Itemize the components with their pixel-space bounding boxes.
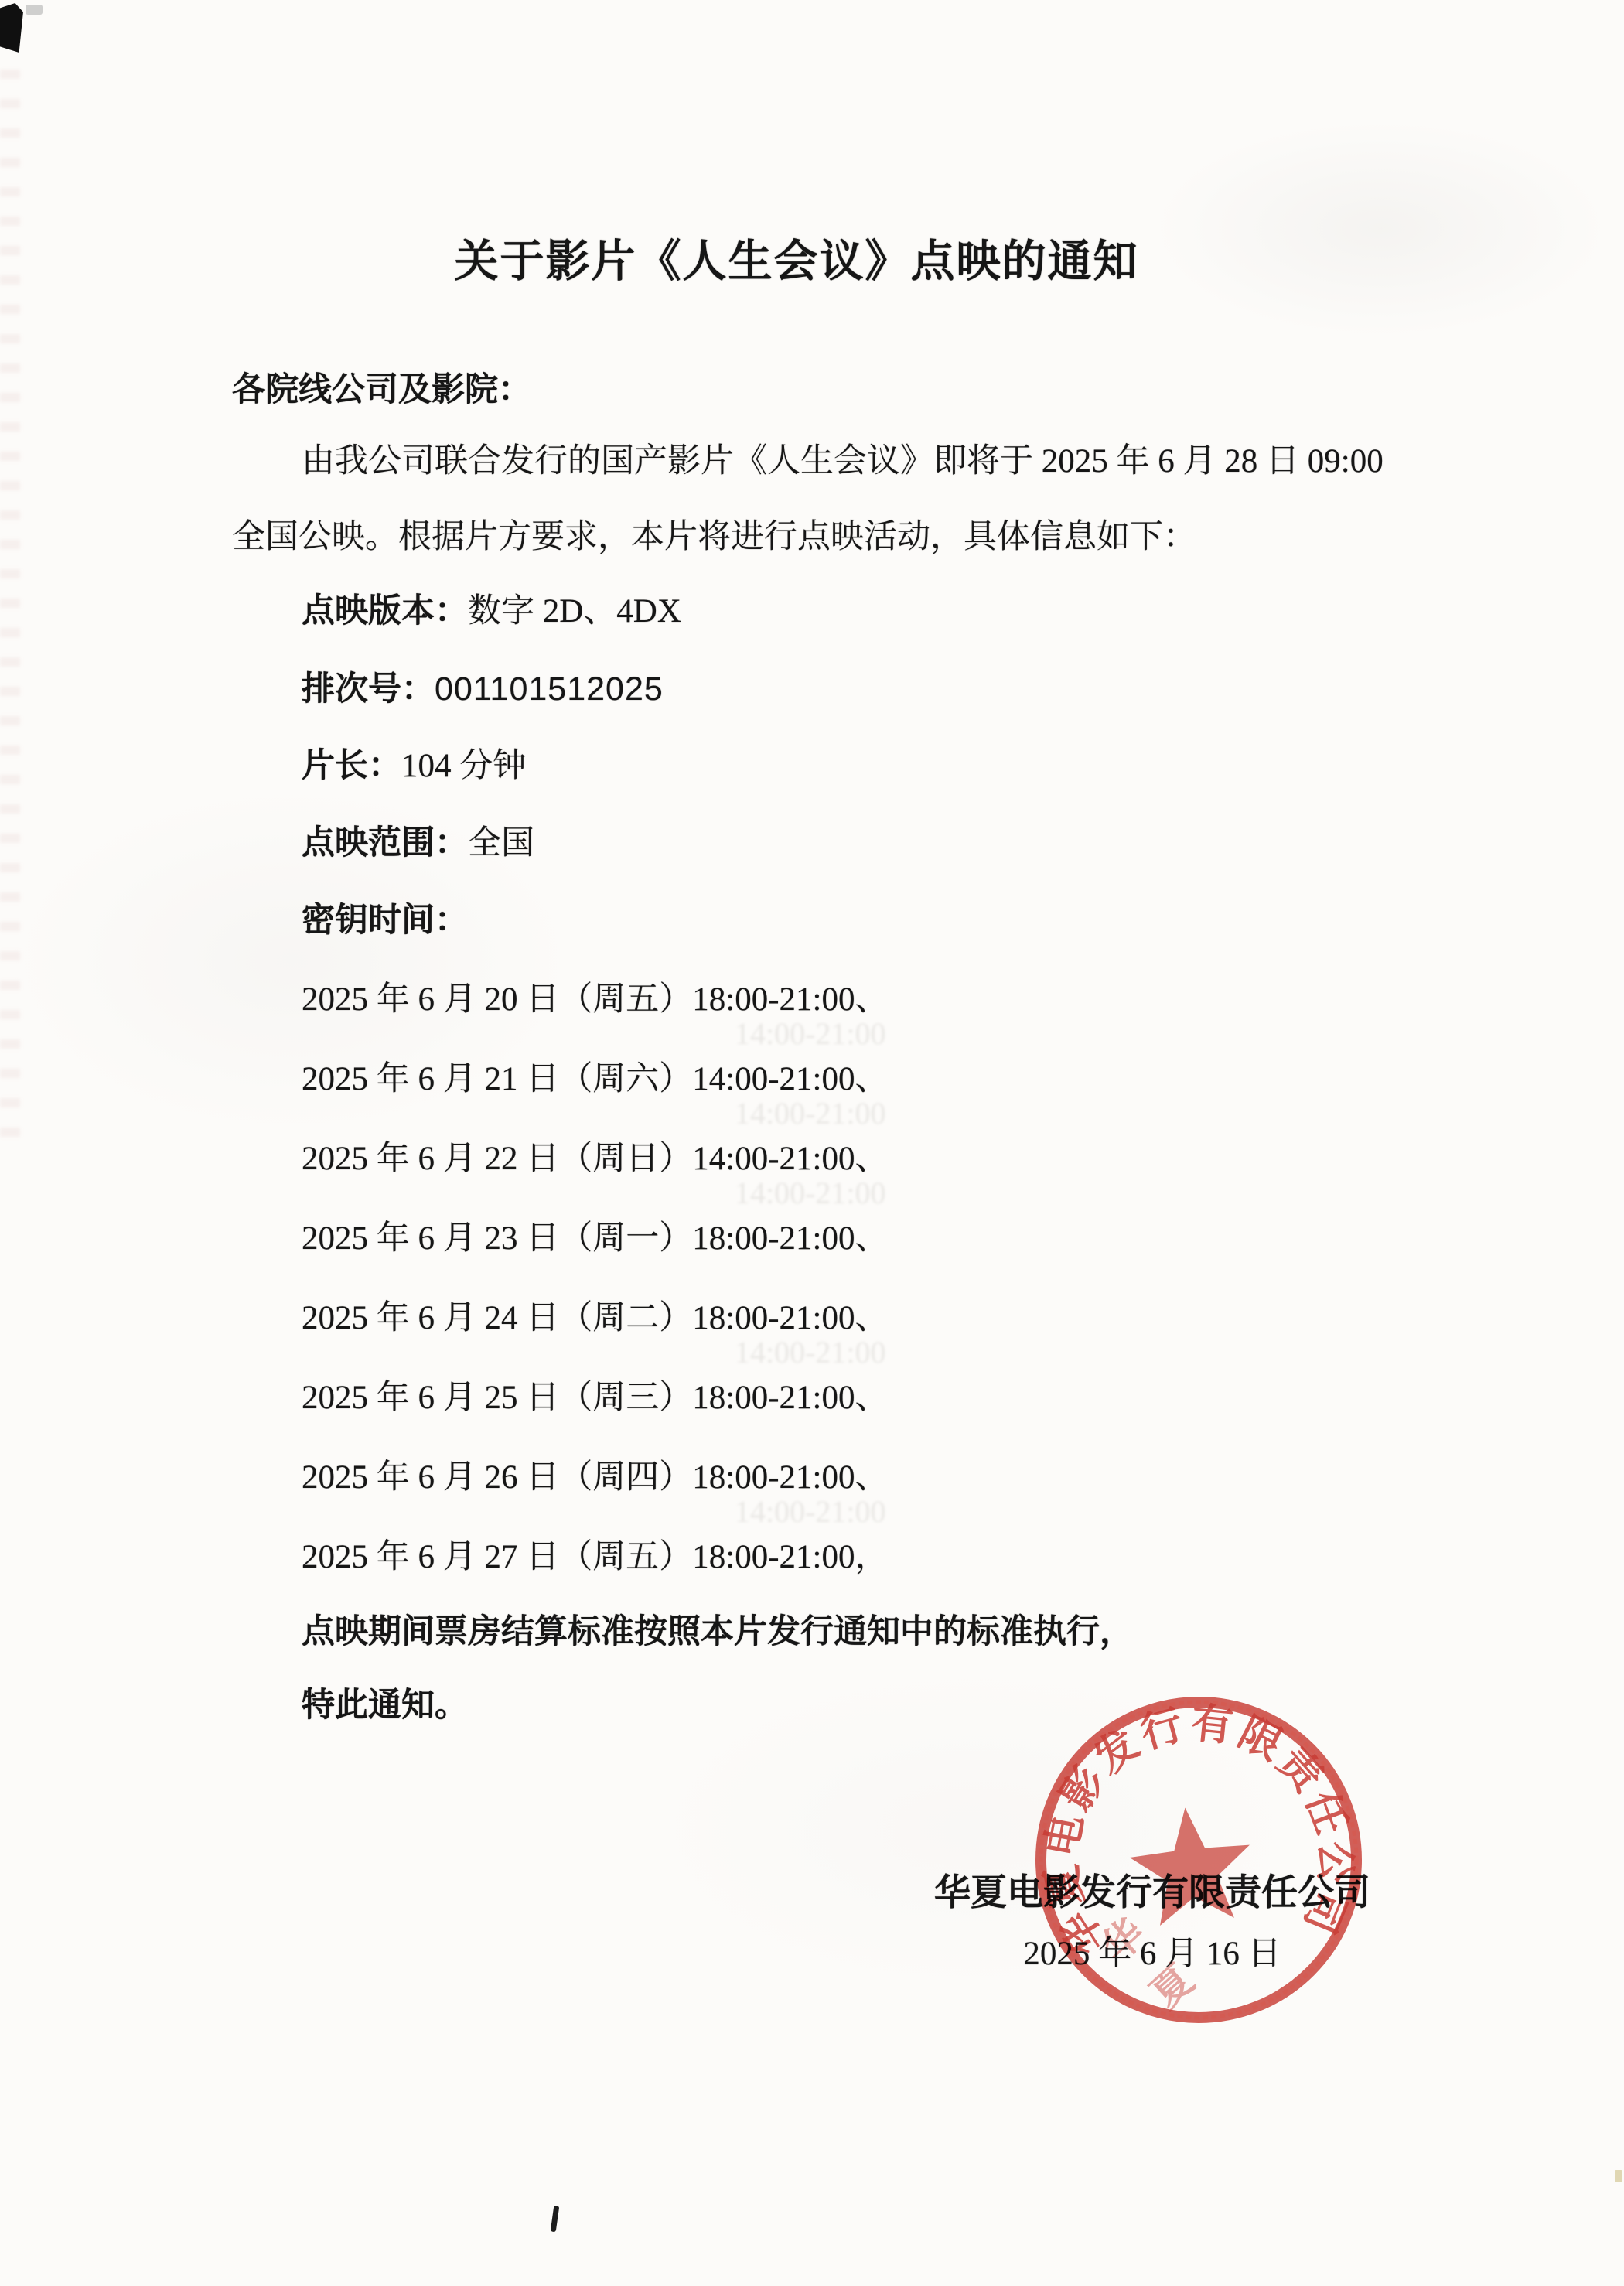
scan-corner-mark xyxy=(0,3,23,53)
salutation: 各院线公司及影院： xyxy=(232,367,1485,415)
key-time-line: 2025 年 6 月 25 日（周三）18:00-21:00、 xyxy=(302,1374,1554,1422)
detail-label: 点映版本： xyxy=(302,593,468,630)
seal-arc-text: 华夏电影发行有限责任公司 xyxy=(1039,1700,1359,1963)
detail-label: 密钥时间： xyxy=(302,902,468,939)
detail-line-runtime: 片长：104 分钟 xyxy=(302,742,1554,790)
detail-label: 排次号： xyxy=(302,671,435,708)
seal-star-icon xyxy=(1125,1801,1257,1928)
detail-line-keytime-header: 密钥时间： xyxy=(302,897,1554,945)
detail-label: 点映范围： xyxy=(302,825,468,862)
key-time-line: 2025 年 6 月 27 日（周五）18:00-21:00， xyxy=(302,1534,1554,1581)
detail-line-serial: 排次号：001101512025 xyxy=(302,665,1554,713)
key-time-line: 2025 年 6 月 20 日（周五）18:00-21:00、 xyxy=(302,976,1554,1024)
paragraph-line-1: 由我公司联合发行的国产影片《人生会议》即将于 2025 年 6 月 28 日 0… xyxy=(302,438,1554,486)
paragraph-line-2: 全国公映。根据片方要求，本片将进行点映活动，具体信息如下： xyxy=(232,513,1485,561)
seal-ghost-char: 华 xyxy=(1094,1910,1154,1970)
detail-line-scope: 点映范围：全国 xyxy=(302,820,1554,868)
company-seal-stamp: 华夏电影发行有限责任公司 华 夏 xyxy=(1029,1691,1369,2032)
detail-value: 数字 2D、4DX xyxy=(468,593,681,630)
detail-line-version: 点映版本：数字 2D、4DX xyxy=(302,588,1554,636)
scan-edge-speck xyxy=(1615,2170,1622,2182)
detail-value: 全国 xyxy=(468,825,534,862)
key-time-line: 2025 年 6 月 26 日（周四）18:00-21:00、 xyxy=(302,1454,1554,1502)
key-time-line: 2025 年 6 月 23 日（周一）18:00-21:00、 xyxy=(302,1215,1554,1263)
key-time-line: 2025 年 6 月 22 日（周日）14:00-21:00、 xyxy=(302,1135,1554,1183)
detail-value: 001101512025 xyxy=(435,670,664,708)
scan-speck xyxy=(26,5,43,15)
document-title: 关于影片《人生会议》点映的通知 xyxy=(0,226,1593,289)
scanned-notice-document: 14:00-21:00 14:00-21:00 14:00-21:00 14:0… xyxy=(0,0,1624,2286)
detail-value: 104 分钟 xyxy=(401,748,526,784)
scan-bottom-mark xyxy=(551,2206,560,2233)
key-time-line: 2025 年 6 月 21 日（周六）14:00-21:00、 xyxy=(302,1056,1554,1104)
key-time-line: 2025 年 6 月 24 日（周二）18:00-21:00、 xyxy=(302,1295,1554,1343)
detail-label: 片长： xyxy=(302,748,401,784)
closing-settlement: 点映期间票房结算标准按照本片发行通知中的标准执行， xyxy=(302,1609,1554,1656)
